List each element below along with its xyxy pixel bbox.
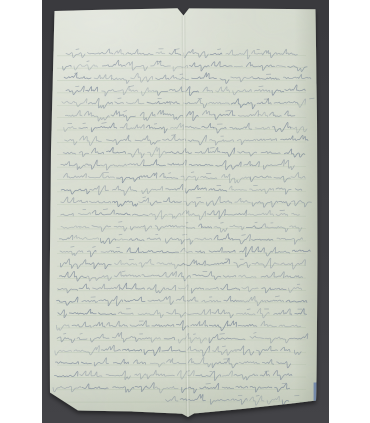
page-background	[0, 0, 370, 423]
edge-tab-remnant	[314, 383, 318, 402]
letter-sheet	[42, 0, 329, 423]
letter-photo-canvas	[42, 0, 329, 423]
letter-photograph	[42, 0, 329, 423]
